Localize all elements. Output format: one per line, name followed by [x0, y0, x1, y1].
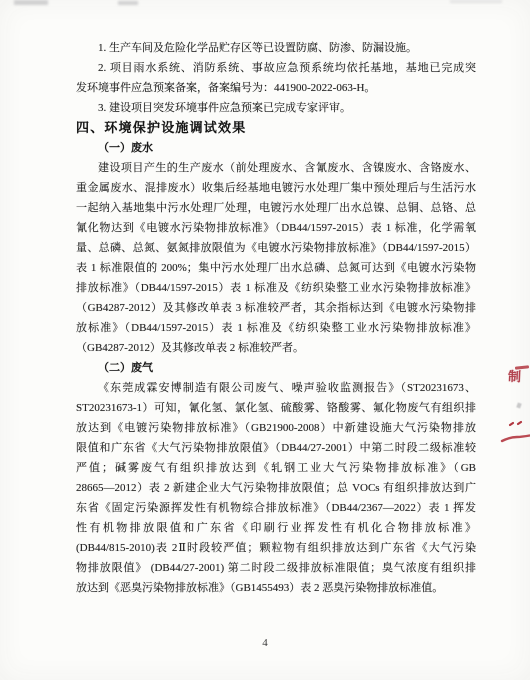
- text-line: 一起纳入基地集中污水处理厂处理，电镀污水处理厂出水总镍、总铜、总铬、总: [76, 198, 476, 218]
- text-line: 发环境事件应急预案备案，备案编号为：441900-2022-063-H。: [76, 78, 476, 98]
- text-line: 放标准》（DB44/1597-2015）表 1 标准及《纺织染整工业水污染物排放…: [76, 318, 476, 338]
- scan-artifact: [118, 1, 138, 5]
- text-line: 建设项目产生的生产废水（前处理废水、含氰废水、含镍废水、含铬废水、: [76, 158, 476, 178]
- red-stamp: 制: [508, 368, 525, 387]
- text-line: (DB44/815-2010)表 2Ⅱ时段较严值；颗粒物有组织排放达到广东省《大…: [76, 538, 476, 558]
- text-line: 量、总磷、总氮、氨氮排放限值为《电镀水污染物排放标准》（DB44/1597-20…: [76, 238, 476, 258]
- text-line: 2. 项目雨水系统、消防系统、事故应急预系统均依托基地，基地已完成突: [76, 58, 476, 78]
- scan-artifact: [516, 402, 521, 408]
- document-page: 1. 生产车间及危险化学品贮存区等已设置防腐、防渗、防漏设施。2. 项目雨水系统…: [0, 0, 530, 680]
- text-line: （二）废气: [76, 358, 476, 378]
- text-line: 1. 生产车间及危险化学品贮存区等已设置防腐、防渗、防漏设施。: [76, 38, 476, 58]
- text-line: 放达到《恶臭污染物排放标准》（GB1455493）表 2 恶臭污染物排放标准值。: [76, 578, 476, 598]
- text-line: 《东莞成霖安博制造有限公司废气、噪声验收监测报告》（ST20231673、: [76, 378, 476, 398]
- red-scribble-mark: [498, 418, 530, 450]
- text-line: 放达到《电镀污染物排放标准》（GB21900-2008）中新建设施大气污染物排放: [76, 418, 476, 438]
- page-number: 4: [0, 637, 530, 649]
- document-body: 1. 生产车间及危险化学品贮存区等已设置防腐、防渗、防漏设施。2. 项目雨水系统…: [76, 38, 476, 598]
- text-line: 东省《固定污染源挥发性有机物综合排放标准》（DB44/2367—2022）表 1…: [76, 498, 476, 518]
- text-line: 3. 建设项目突发环境事件应急预案已完成专家评审。: [76, 98, 476, 118]
- text-line: 四、环境保护设施调试效果: [76, 118, 476, 138]
- text-line: 限值和广东省《大气污染物排放限值》（DB44/27-2001）中第二时段二级标准…: [76, 438, 476, 458]
- scan-artifact: [14, 0, 48, 5]
- text-line: 表 1 标准限值的 200%；集中污水处理厂出水总磷、总氮可达到《电镀水污染物: [76, 258, 476, 278]
- text-line: 28665—2012）表 2 新建企业大气污染物排放限值；总 VOCs 有组织排…: [76, 478, 476, 498]
- text-line: 物排放限值》 (DB44/27-2001) 第二时段二级排放标准限值；臭气浓度有…: [76, 558, 476, 578]
- text-line: 性有机物排放限值和广东省《印刷行业挥发性有机化合物排放标准》: [76, 518, 476, 538]
- text-line: ST20231673-1）可知，氰化氢、氯化氢、硫酸雾、铬酸雾、氟化物废气有组织…: [76, 398, 476, 418]
- text-line: （GB4287-2012）及其修改单表 2 标准较严者。: [76, 338, 476, 358]
- scan-artifact: [450, 0, 502, 3]
- text-line: （GB4287-2012）及其修改单表 3 标准较严者，其余指标达到《电镀水污染…: [76, 298, 476, 318]
- text-line: 重金属废水、混排废水）收集后经基地电镀污水处理厂集中预处理后与生活污水: [76, 178, 476, 198]
- text-line: 严值；碱雾废气有组织排放达到《轧钢工业大气污染物排放标准》（GB: [76, 458, 476, 478]
- text-line: 排放标准》（DB44/1597-2015）表 1 标准及《纺织染整工业水污染物排…: [76, 278, 476, 298]
- text-line: 氰化物达到《电镀水污染物排放标准》（DB44/1597-2015）表 1 标准，…: [76, 218, 476, 238]
- text-line: （一）废水: [76, 138, 476, 158]
